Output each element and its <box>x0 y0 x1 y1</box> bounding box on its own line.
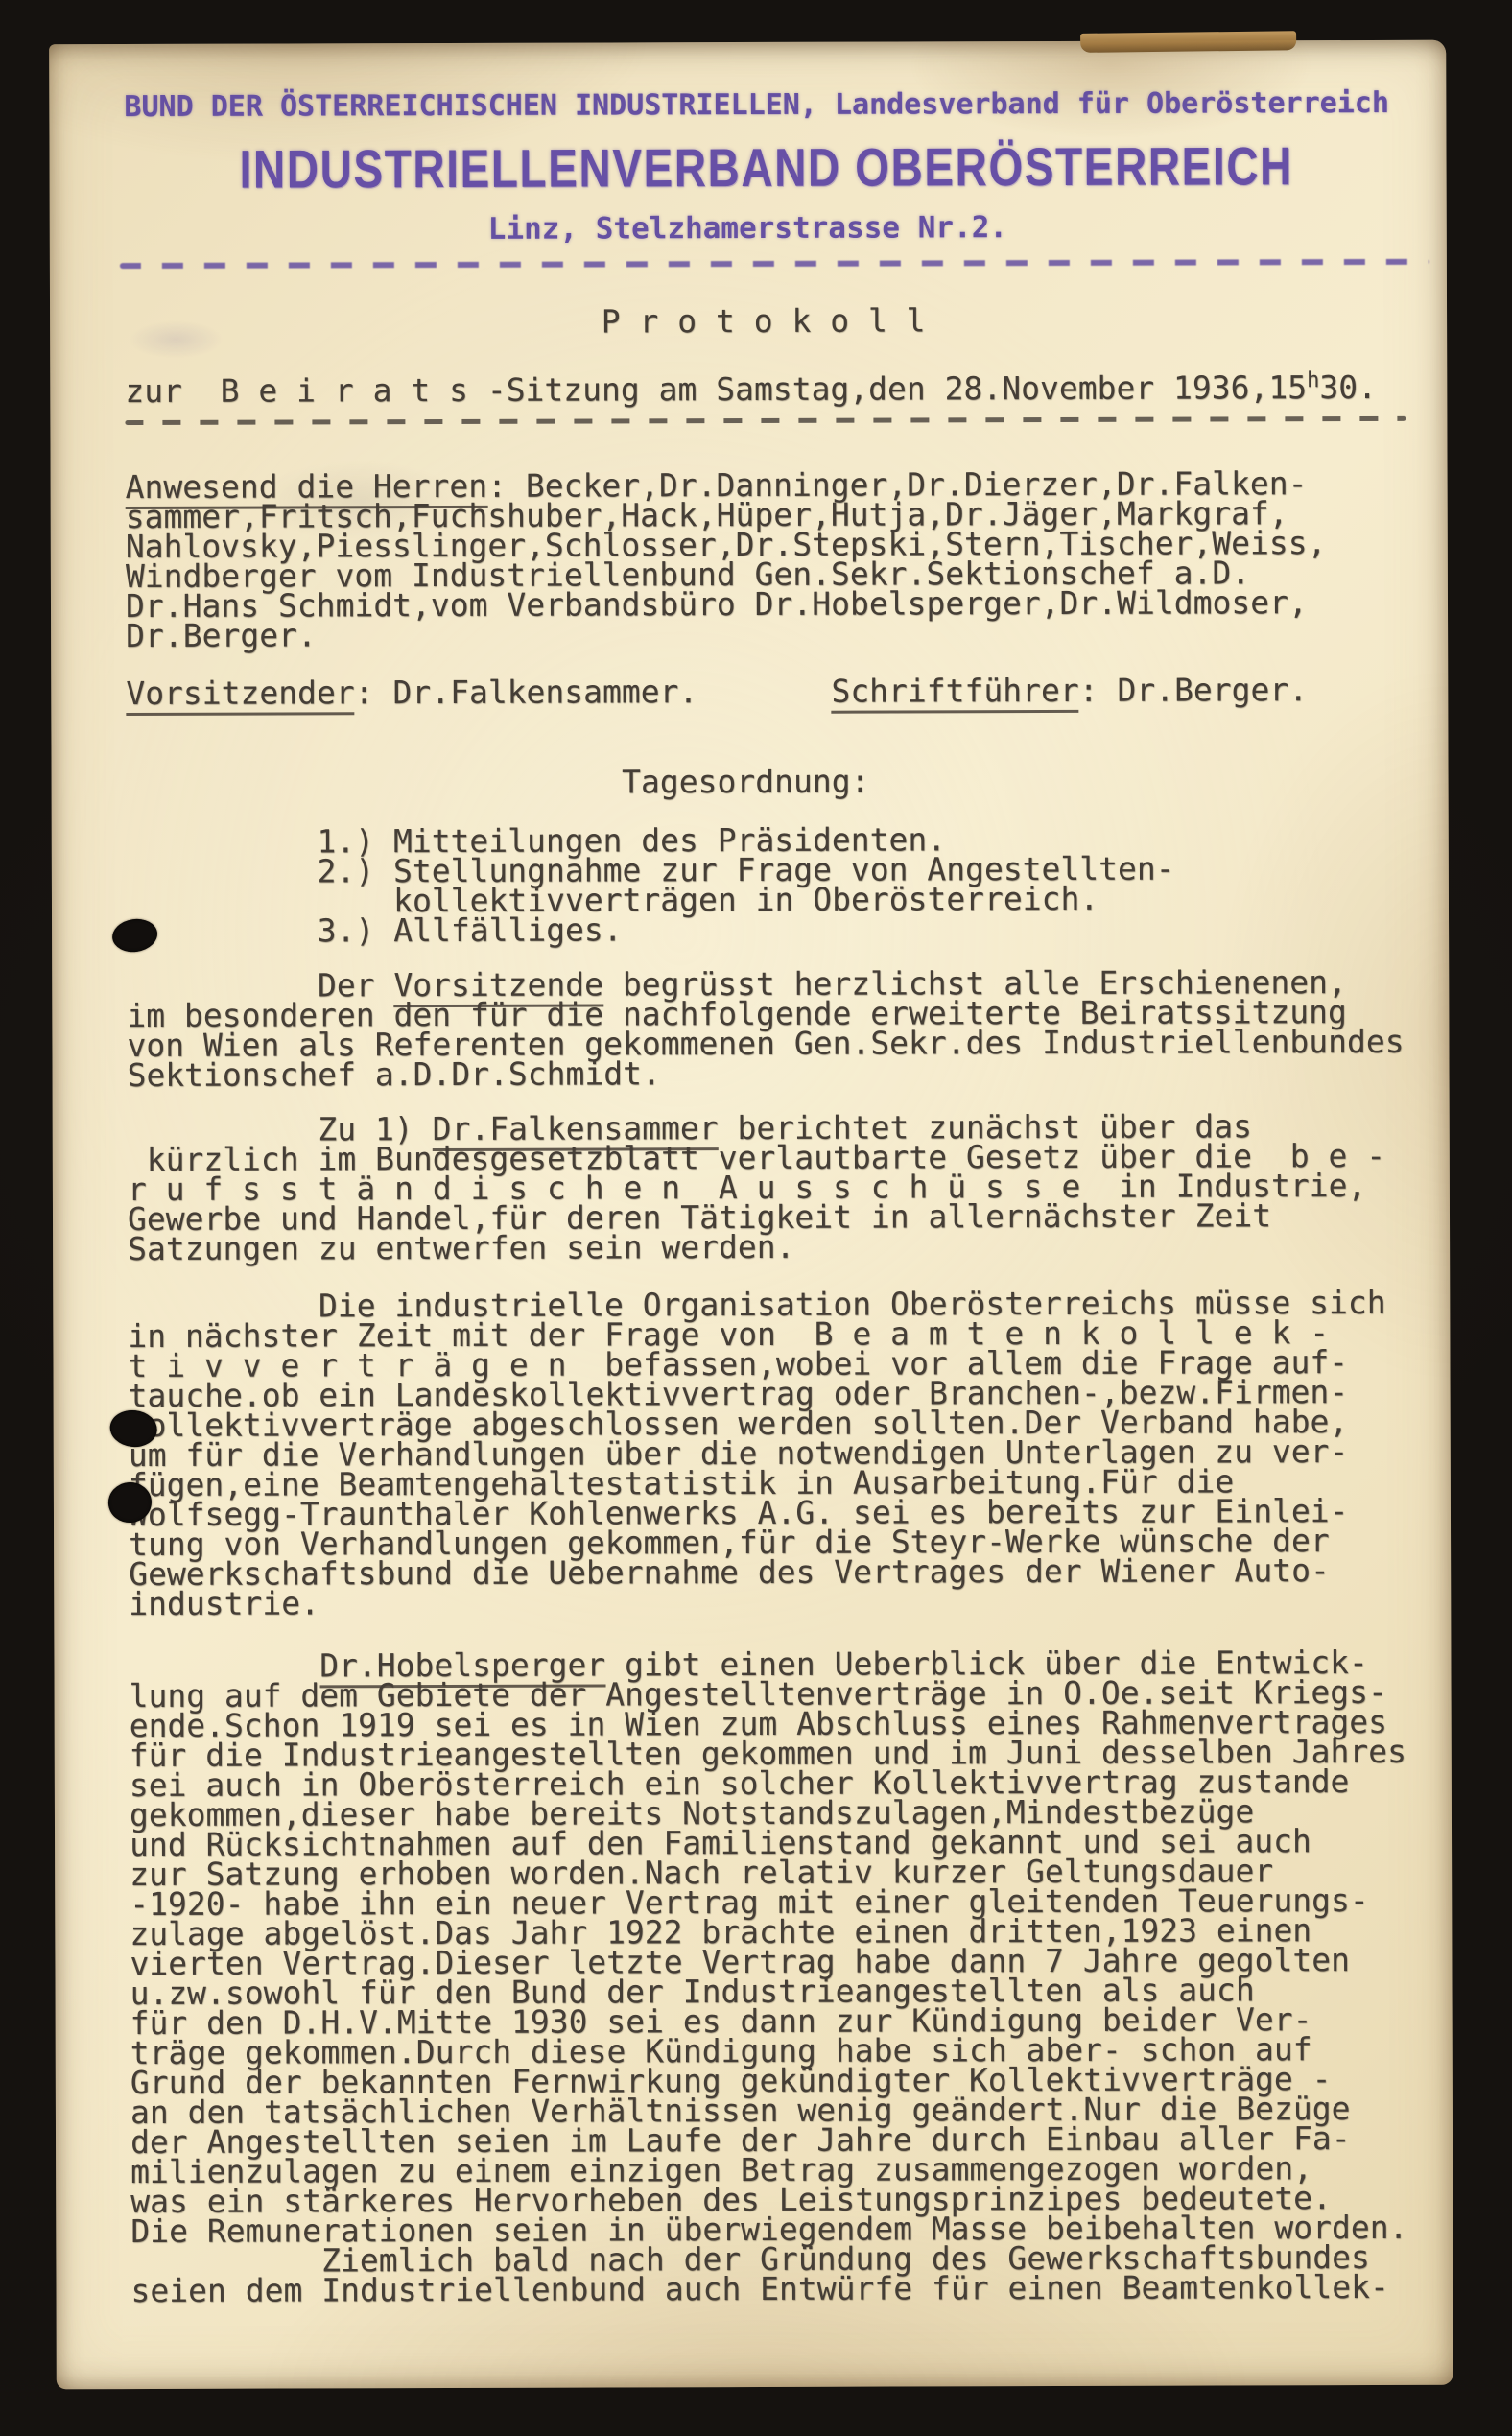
chair-secretary-line: Vorsitzender: Dr.Falkensammer. Schriftfü… <box>126 674 1430 708</box>
text-line: Gewerkschaftsbund die Uebernahme des Ver… <box>129 1555 1433 1589</box>
text-line: seien dem Industriellenbund auch Entwürf… <box>130 2272 1435 2306</box>
text-line: P r o t o k o l l <box>125 304 1429 338</box>
paper-edge-curl <box>1080 31 1296 53</box>
paragraph-zu1: Zu 1) Dr.Falkensammer berichtet zunächst… <box>128 1111 1432 1264</box>
agenda-heading: Tagesordnung: <box>127 765 1431 798</box>
org-stamp-title: INDUSTRIELLENVERBAND OBERÖSTERREICH <box>239 134 1293 200</box>
text-line: Vorsitzender: Dr.Falkensammer. Schriftfü… <box>126 674 1430 708</box>
attendees-paragraph: Anwesend die Herren: Becker,Dr.Danninger… <box>126 468 1431 650</box>
dashed-rule-dark <box>125 416 1406 425</box>
text-line: Satzungen zu entwerfen sein werden. <box>128 1230 1432 1264</box>
paragraph-hobelsperger: Dr.Hobelsperger gibt einen Ueberblick üb… <box>129 1647 1435 2306</box>
document-page: BUND DER ÖSTERREICHISCHEN INDUSTRIELLEN,… <box>49 40 1453 2390</box>
paragraph-opening: Der Vorsitzende begrüsst herzlichst alle… <box>127 967 1431 1090</box>
protokoll-heading: P r o t o k o l l <box>125 304 1429 338</box>
paragraph-beamtenkollektiv: Die industrielle Organisation Oberösterr… <box>128 1288 1433 1619</box>
address-stamp-line: Linz, Stelzhamerstrasse Nr.2. <box>488 210 1007 247</box>
org-stamp-line: BUND DER ÖSTERREICHISCHEN INDUSTRIELLEN,… <box>124 86 1419 124</box>
agenda-list: 1.) Mitteilungen des Präsidenten. 2.) St… <box>127 823 1431 946</box>
sitzung-subtitle: zur B e i r a t s -Sitzung am Samstag,de… <box>125 372 1429 406</box>
dashed-rule-purple <box>120 259 1429 269</box>
text-line: Tagesordnung: <box>127 765 1431 798</box>
text-line: Dr.Hans Schmidt,vom Verbandsbüro Dr.Hobe… <box>126 587 1430 621</box>
text-line: zur B e i r a t s -Sitzung am Samstag,de… <box>125 372 1429 406</box>
